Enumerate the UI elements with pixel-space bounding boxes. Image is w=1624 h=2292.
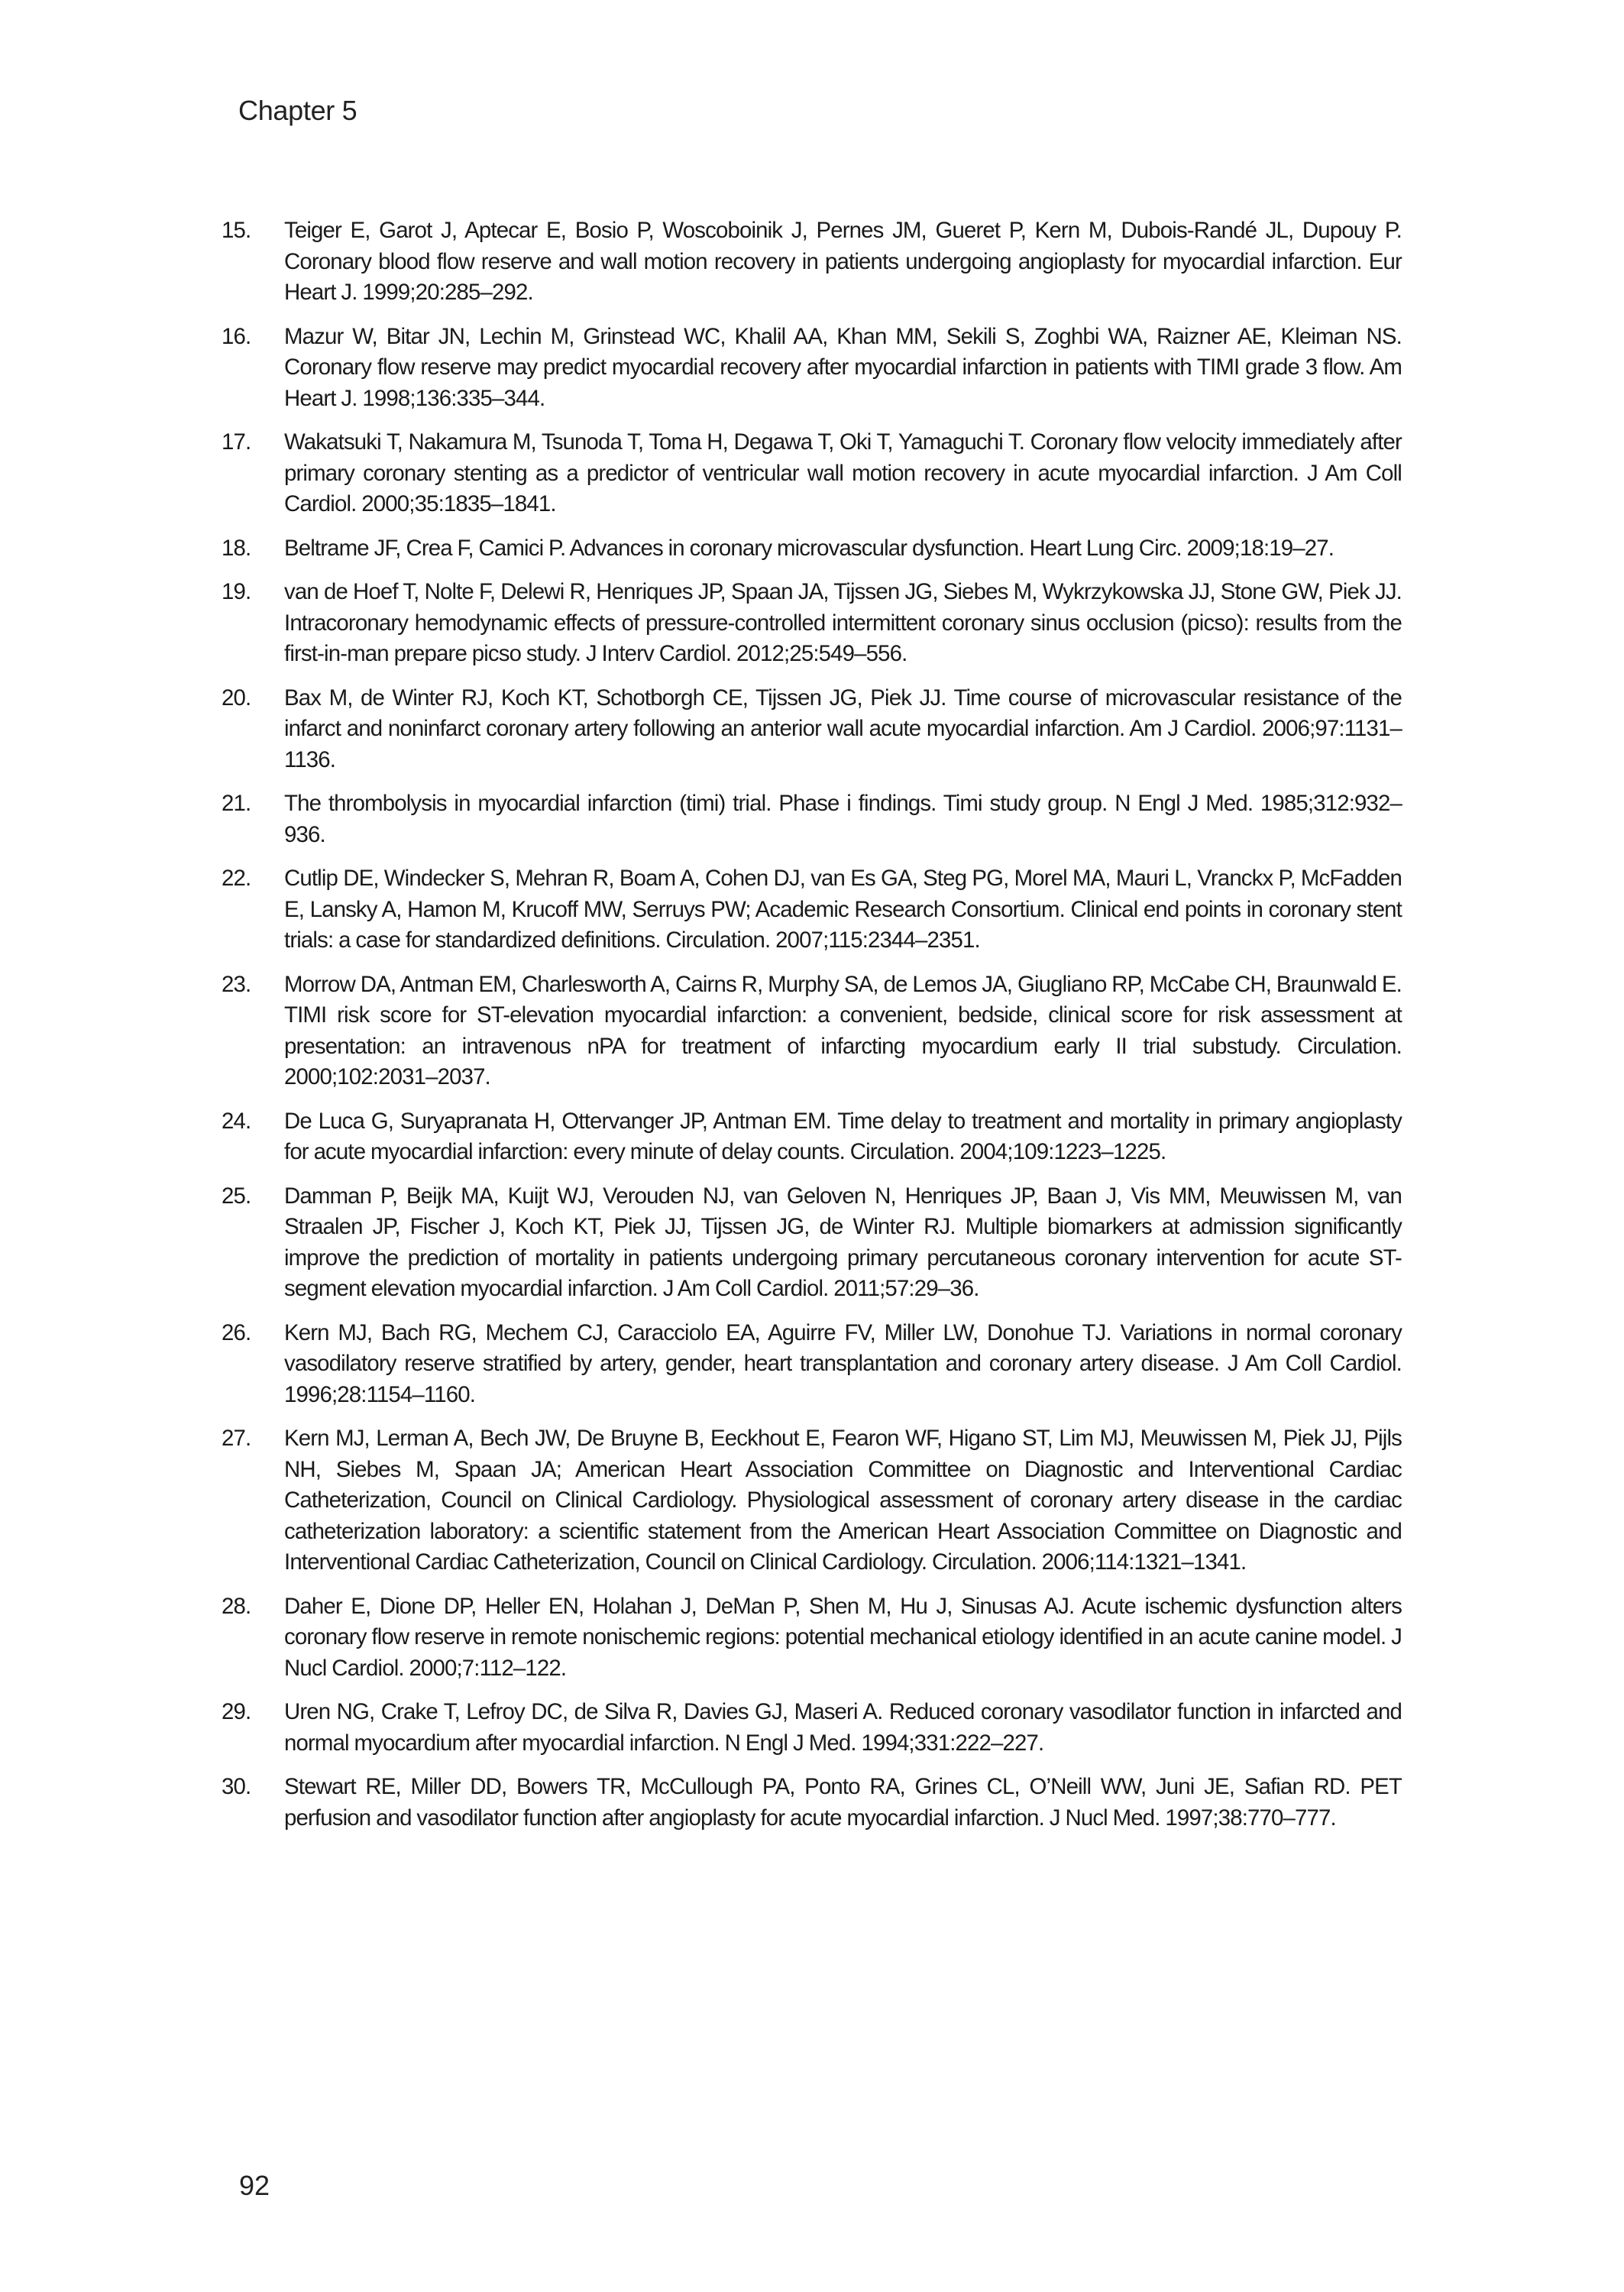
reference-item: 19. van de Hoef T, Nolte F, Delewi R, He…	[222, 577, 1402, 670]
reference-number: 30.	[222, 1772, 284, 1834]
reference-item: 18. Beltrame JF, Crea F, Camici P. Advan…	[222, 533, 1402, 565]
reference-number: 16.	[222, 322, 284, 415]
reference-item: 17. Wakatsuki T, Nakamura M, Tsunoda T, …	[222, 427, 1402, 520]
reference-text: Cutlip DE, Windecker S, Mehran R, Boam A…	[284, 863, 1402, 957]
reference-text: Teiger E, Garot J, Aptecar E, Bosio P, W…	[284, 215, 1402, 309]
reference-number: 25.	[222, 1181, 284, 1305]
reference-item: 30. Stewart RE, Miller DD, Bowers TR, Mc…	[222, 1772, 1402, 1834]
reference-text: Bax M, de Winter RJ, Koch KT, Schotborgh…	[284, 683, 1402, 776]
reference-text: Kern MJ, Bach RG, Mechem CJ, Caracciolo …	[284, 1318, 1402, 1411]
running-head: Chapter 5	[238, 95, 357, 127]
reference-item: 23. Morrow DA, Antman EM, Charlesworth A…	[222, 970, 1402, 1093]
reference-item: 28. Daher E, Dione DP, Heller EN, Holaha…	[222, 1591, 1402, 1685]
reference-item: 26. Kern MJ, Bach RG, Mechem CJ, Caracci…	[222, 1318, 1402, 1411]
reference-text: van de Hoef T, Nolte F, Delewi R, Henriq…	[284, 577, 1402, 670]
reference-item: 16. Mazur W, Bitar JN, Lechin M, Grinste…	[222, 322, 1402, 415]
page-number: 92	[239, 2170, 270, 2202]
reference-item: 21. The thrombolysis in myocardial infar…	[222, 788, 1402, 850]
reference-text: Mazur W, Bitar JN, Lechin M, Grinstead W…	[284, 322, 1402, 415]
reference-text: The thrombolysis in myocardial infarctio…	[284, 788, 1402, 850]
reference-number: 23.	[222, 970, 284, 1093]
reference-number: 19.	[222, 577, 284, 670]
reference-text: Kern MJ, Lerman A, Bech JW, De Bruyne B,…	[284, 1423, 1402, 1578]
reference-number: 27.	[222, 1423, 284, 1578]
reference-number: 21.	[222, 788, 284, 850]
reference-number: 17.	[222, 427, 284, 520]
reference-item: 22. Cutlip DE, Windecker S, Mehran R, Bo…	[222, 863, 1402, 957]
reference-number: 22.	[222, 863, 284, 957]
reference-number: 15.	[222, 215, 284, 309]
reference-text: Beltrame JF, Crea F, Camici P. Advances …	[284, 533, 1402, 565]
reference-item: 29. Uren NG, Crake T, Lefroy DC, de Silv…	[222, 1697, 1402, 1759]
reference-text: Wakatsuki T, Nakamura M, Tsunoda T, Toma…	[284, 427, 1402, 520]
reference-text: Uren NG, Crake T, Lefroy DC, de Silva R,…	[284, 1697, 1402, 1759]
reference-number: 29.	[222, 1697, 284, 1759]
reference-item: 15. Teiger E, Garot J, Aptecar E, Bosio …	[222, 215, 1402, 309]
reference-number: 20.	[222, 683, 284, 776]
reference-number: 24.	[222, 1106, 284, 1168]
reference-number: 28.	[222, 1591, 284, 1685]
reference-list: 15. Teiger E, Garot J, Aptecar E, Bosio …	[222, 215, 1402, 1847]
reference-text: Daher E, Dione DP, Heller EN, Holahan J,…	[284, 1591, 1402, 1685]
reference-item: 27. Kern MJ, Lerman A, Bech JW, De Bruyn…	[222, 1423, 1402, 1578]
reference-number: 18.	[222, 533, 284, 565]
reference-item: 24. De Luca G, Suryapranata H, Ottervang…	[222, 1106, 1402, 1168]
reference-text: De Luca G, Suryapranata H, Ottervanger J…	[284, 1106, 1402, 1168]
reference-text: Morrow DA, Antman EM, Charlesworth A, Ca…	[284, 970, 1402, 1093]
reference-text: Stewart RE, Miller DD, Bowers TR, McCull…	[284, 1772, 1402, 1834]
reference-item: 25. Damman P, Beijk MA, Kuijt WJ, Veroud…	[222, 1181, 1402, 1305]
reference-text: Damman P, Beijk MA, Kuijt WJ, Verouden N…	[284, 1181, 1402, 1305]
reference-item: 20. Bax M, de Winter RJ, Koch KT, Schotb…	[222, 683, 1402, 776]
reference-number: 26.	[222, 1318, 284, 1411]
